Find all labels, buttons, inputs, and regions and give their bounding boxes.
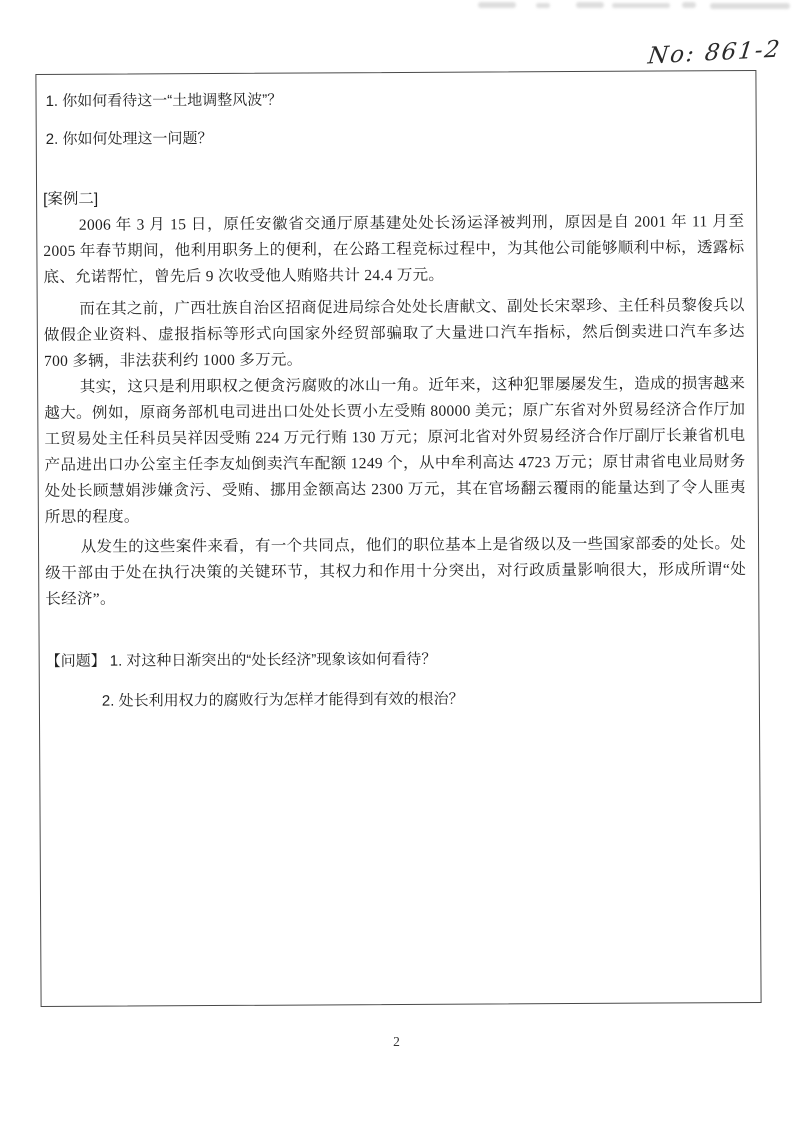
question-1: 1. 对这种日渐突出的“处长经济”现象该如何看待？ xyxy=(110,647,437,675)
scan-artifact xyxy=(612,3,670,8)
prior-question-1: 1. 你如何看待这一“土地调整风波”？ xyxy=(45,85,743,115)
scan-artifact xyxy=(478,2,516,8)
case-paragraph-1: 2006 年 3 月 15 日，原任安徽省交通厅原基建处处长汤运泽被判刑，原因是… xyxy=(43,209,744,291)
questions-block: 【问题】 1. 对这种日渐突出的“处长经济”现象该如何看待？ 2. 处长利用权力… xyxy=(46,645,747,715)
case-paragraph-2: 而在其之前，广西壮族自治区招商促进局综合处处长唐献文、副处长宋翠珍、主任科员黎俊… xyxy=(44,293,745,375)
scan-artifact xyxy=(536,3,550,8)
scan-artifact xyxy=(682,2,696,8)
case-two-label: [案例二] xyxy=(43,183,744,213)
scan-artifact xyxy=(710,3,790,9)
scan-artifact xyxy=(576,2,604,8)
questions-line-1: 【问题】 1. 对这种日渐突出的“处长经济”现象该如何看待？ xyxy=(46,645,747,675)
prior-question-2: 2. 你如何处理这一问题？ xyxy=(46,123,744,153)
page-number: 2 xyxy=(0,1034,793,1050)
case-paragraph-4: 从发生的这些案件来看，有一个共同点，他们的职位基本上是省级以及一些国家部委的处长… xyxy=(45,531,746,613)
questions-header-label: 【问题】 xyxy=(46,649,106,675)
question-2: 2. 处长利用权力的腐败行为怎样才能得到有效的根治？ xyxy=(102,685,747,715)
case-paragraph-3: 其实，这只是利用职权之便贪污腐败的冰山一角。近年来，这种犯罪屡屡发生，造成的损害… xyxy=(44,371,746,531)
content-border-box: 1. 你如何看待这一“土地调整风波”？ 2. 你如何处理这一问题？ [案例二] … xyxy=(35,70,761,1007)
handwritten-doc-number: No: 861-2 xyxy=(646,36,782,69)
